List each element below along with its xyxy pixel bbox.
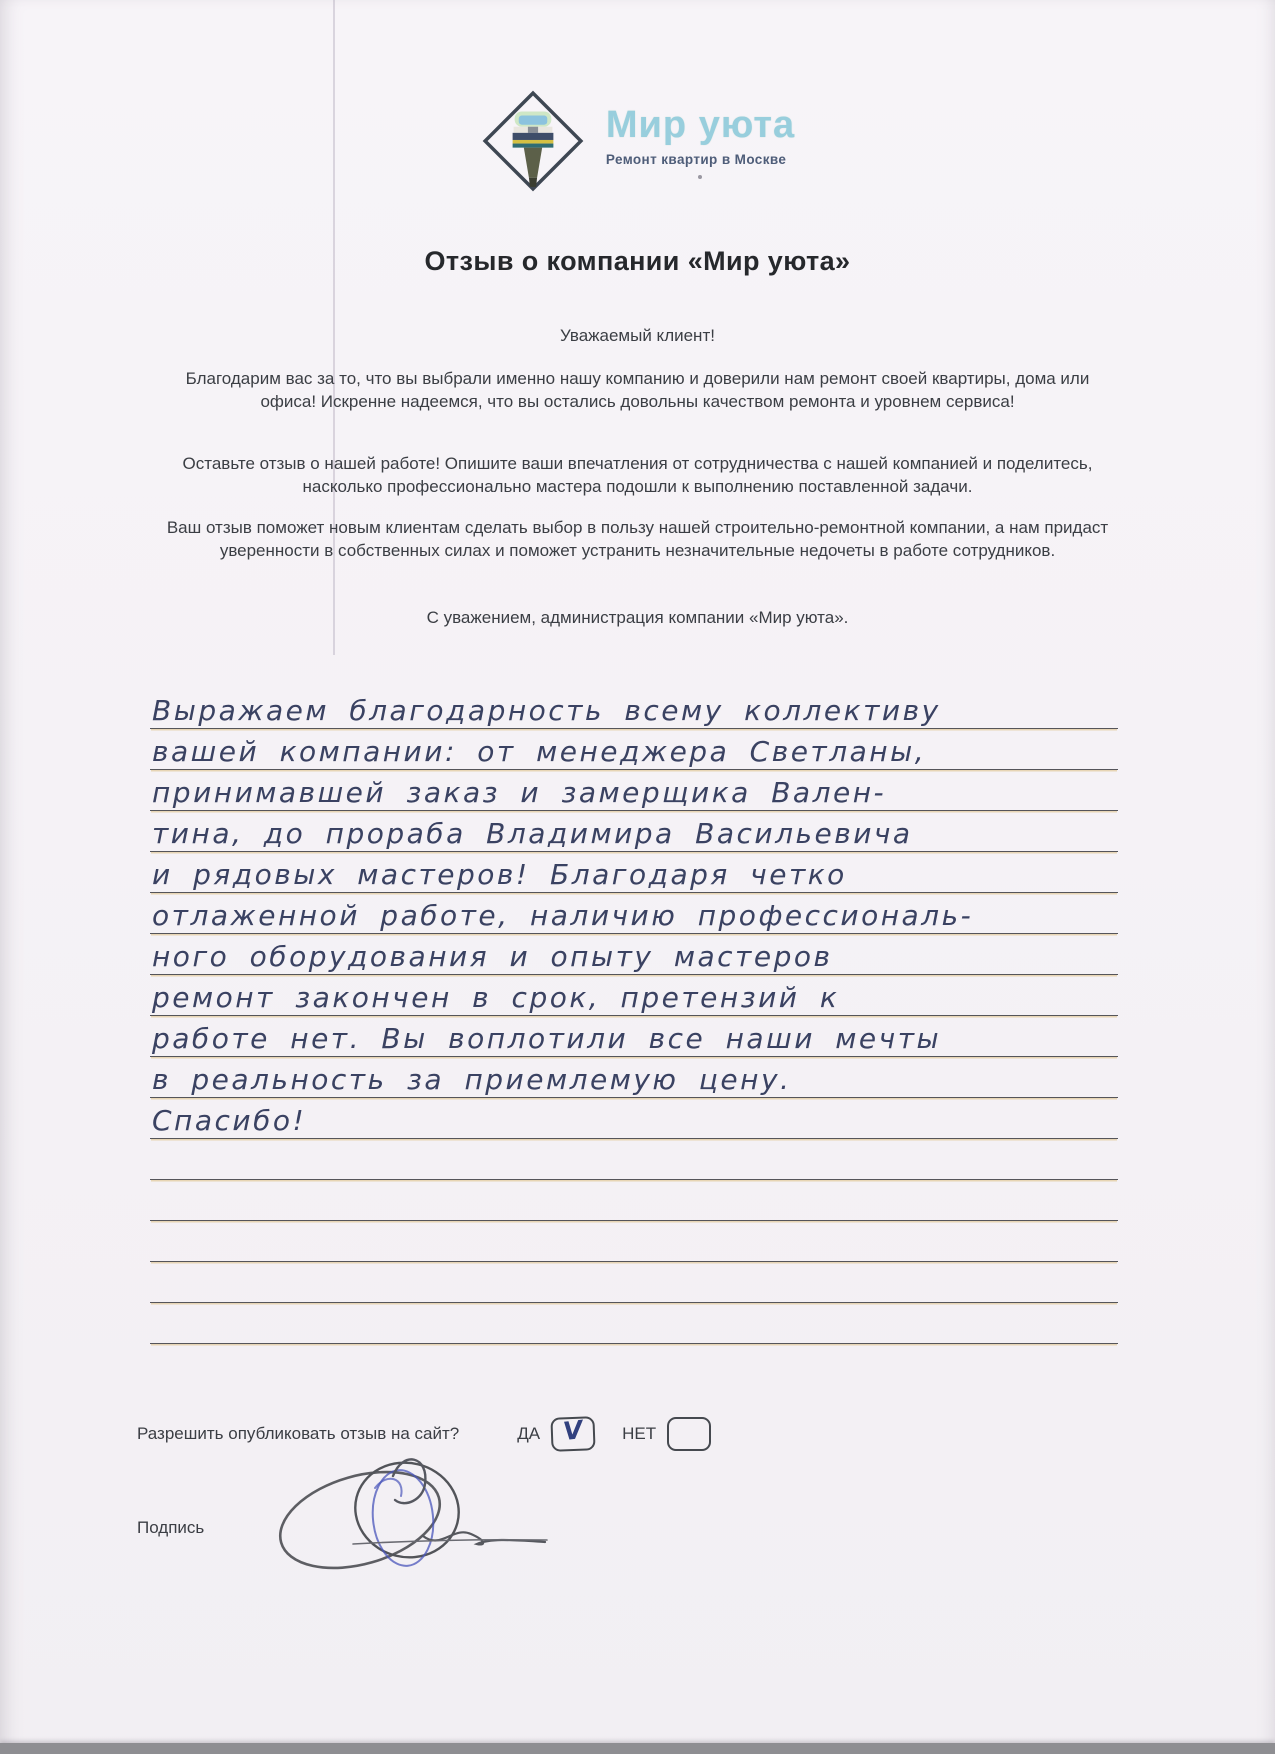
signature-label: Подпись [137,1518,204,1537]
publish-section: Разрешить опубликовать отзыв на сайт? ДА… [137,1417,738,1451]
review-line-empty [150,1262,1118,1303]
handwritten-text: и рядовых мастеров! Благодаря четко [152,858,847,891]
signature-section: Подпись [137,1518,204,1538]
publish-choice-yes: ДА V [517,1417,595,1451]
handwritten-text: вашей компании: от менеджера Светланы, [152,735,926,768]
review-line: тина, до прораба Владимира Васильевича [150,811,1118,852]
review-line: принимавшей заказ и замерщика Вален- [150,770,1118,811]
publish-question: Разрешить опубликовать отзыв на сайт? [137,1424,459,1444]
tagline-dot [698,175,702,179]
brand-name: Мир уюта [606,104,795,147]
salutation: Уважаемый клиент! [0,326,1275,346]
publish-choice-no: НЕТ [622,1417,711,1451]
handwritten-text: Спасибо! [152,1104,306,1137]
handwritten-text: тина, до прораба Владимира Васильевича [152,817,913,850]
handwritten-text: ного оборудования и опыту мастеров [152,940,833,973]
review-line-empty [150,1221,1118,1262]
brand-tagline: Ремонт квартир в Москве [606,152,795,167]
review-line: Спасибо! [150,1098,1118,1139]
review-line: и рядовых мастеров! Благодаря четко [150,852,1118,893]
intro-paragraph-2: Оставьте отзыв о нашей работе! Опишите в… [157,452,1119,498]
publish-yes-checkbox[interactable]: V [551,1416,596,1452]
review-line: работе нет. Вы воплотили все наши мечты [150,1016,1118,1057]
intro-paragraph-1: Благодарим вас за то, что вы выбрали име… [157,367,1119,413]
review-line-empty [150,1303,1118,1344]
handwritten-text: в реальность за приемлемую цену. [152,1063,791,1096]
page-title: Отзыв о компании «Мир уюта» [0,246,1275,277]
review-line: вашей компании: от менеджера Светланы, [150,729,1118,770]
logo-text: Мир уюта Ремонт квартир в Москве [606,104,795,179]
handwritten-text: ремонт закончен в срок, претензий к [152,981,839,1014]
handwritten-text: работе нет. Вы воплотили все наши мечты [152,1022,941,1055]
intro-paragraph-3: Ваш отзыв поможет новым клиентам сделать… [157,516,1119,562]
review-line-empty [150,1139,1118,1180]
handwritten-text: Выражаем благодарность всему коллективу [152,694,941,727]
review-line: в реальность за приемлемую цену. [150,1057,1118,1098]
handwritten-text: принимавшей заказ и замерщика Вален- [152,776,886,809]
signature-scribble [255,1448,555,1583]
yes-label: ДА [517,1424,540,1444]
scan-bottom-edge [0,1743,1275,1754]
review-line-empty [150,1180,1118,1221]
handwritten-checkmark: V [551,1413,594,1448]
closing-line: С уважением, администрация компании «Мир… [157,606,1119,629]
review-line: ного оборудования и опыту мастеров [150,934,1118,975]
scanned-review-form: Мир уюта Ремонт квартир в Москве Отзыв о… [0,0,1275,1754]
review-lines: Выражаем благодарность всему коллективув… [150,688,1118,1344]
company-logo: Мир уюта Ремонт квартир в Москве [0,88,1275,194]
publish-no-checkbox[interactable] [667,1417,711,1451]
review-line: Выражаем благодарность всему коллективу [150,688,1118,729]
review-line: отлаженной работе, наличию профессиональ… [150,893,1118,934]
no-label: НЕТ [622,1424,656,1444]
review-line: ремонт закончен в срок, претензий к [150,975,1118,1016]
handwritten-text: отлаженной работе, наличию профессиональ… [152,899,973,932]
paintbrush-logo-icon [480,88,586,194]
